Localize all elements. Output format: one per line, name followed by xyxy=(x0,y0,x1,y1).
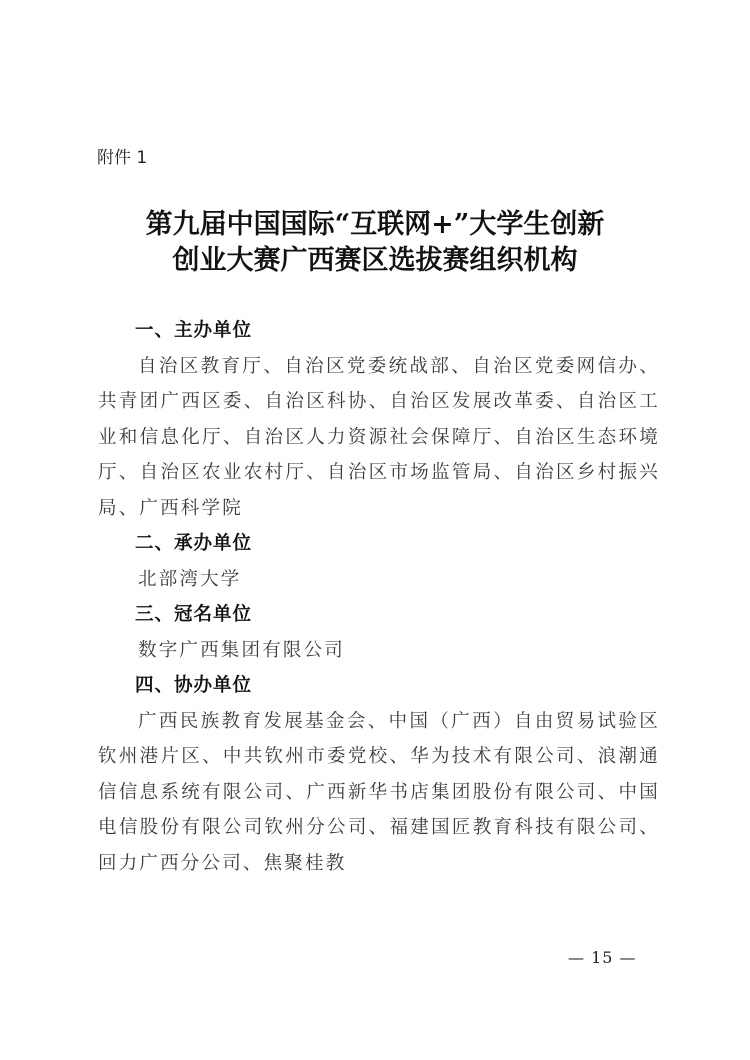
section-body-co-organizers: 广西民族教育发展基金会、中国（广西）自由贸易试验区钦州港片区、中共钦州市委党校、… xyxy=(98,704,660,882)
section-body-host: 北部湾大学 xyxy=(98,562,660,598)
section-heading-organizers: 一、主办单位 xyxy=(98,313,660,349)
document-title-line-2: 创业大赛广西赛区选拔赛组织机构 xyxy=(0,238,750,277)
page-number: — 15 — xyxy=(568,948,637,967)
section-heading-title-sponsor: 三、冠名单位 xyxy=(98,597,660,633)
document-page: 附件 1 第九届中国国际“互联网+”大学生创新 创业大赛广西赛区选拔赛组织机构 … xyxy=(0,0,750,1060)
document-body: 一、主办单位 自治区教育厅、自治区党委统战部、自治区党委网信办、共青团广西区委、… xyxy=(98,313,660,881)
section-body-title-sponsor: 数字广西集团有限公司 xyxy=(98,633,660,669)
section-heading-co-organizers: 四、协办单位 xyxy=(98,668,660,704)
document-title-line-1: 第九届中国国际“互联网+”大学生创新 xyxy=(0,202,750,241)
section-body-organizers: 自治区教育厅、自治区党委统战部、自治区党委网信办、共青团广西区委、自治区科协、自… xyxy=(98,349,660,527)
attachment-label: 附件 1 xyxy=(97,143,147,168)
section-heading-host: 二、承办单位 xyxy=(98,526,660,562)
